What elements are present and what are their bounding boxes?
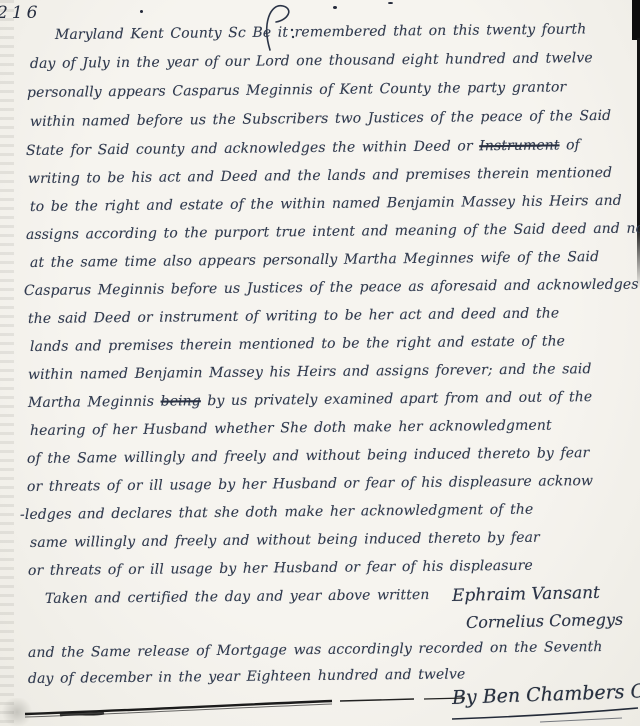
- manuscript-line: hearing of her Husband whether She doth …: [30, 418, 552, 439]
- manuscript-text: within named Benjamin Massey his Heirs a…: [28, 361, 592, 383]
- manuscript-text: Maryland Kent County Sc Be it remembered…: [55, 21, 586, 43]
- manuscript-line: personally appears Casparus Meginnis of …: [27, 79, 566, 101]
- manuscript-text: the said Deed or instrument of writing t…: [28, 305, 559, 327]
- manuscript-line: to be the right and estate of the within…: [30, 193, 622, 215]
- manuscript-line: and the Same release of Mortgage was acc…: [28, 639, 603, 661]
- manuscript-line: same willingly and freely and without be…: [30, 530, 540, 551]
- manuscript-text: at the same time also appears personally…: [30, 249, 599, 271]
- ink-speck: [388, 2, 393, 4]
- manuscript-line: day of July in the year of our Lord one …: [30, 50, 593, 72]
- manuscript-line: or threats of or ill usage by her Husban…: [27, 473, 593, 495]
- manuscript-line: within named before us the Subscribers t…: [30, 108, 611, 130]
- witness-signature-cornelius-comegys: Cornelius Comegys: [466, 610, 624, 632]
- manuscript-text: and the Same release of Mortgage was acc…: [28, 639, 603, 661]
- ink-speck: [140, 10, 143, 13]
- manuscript-text: assigns according to the purport true in…: [26, 220, 640, 243]
- manuscript-text: Martha Meginnis: [28, 394, 161, 411]
- ink-speck: [333, 6, 337, 9]
- witness-signature-ephraim-vansant: Ephraim Vansant: [452, 583, 600, 606]
- manuscript-line: writing to be his act and Deed and the l…: [28, 165, 612, 187]
- manuscript-line: Martha Meginnis being by us privately ex…: [28, 389, 592, 411]
- manuscript-text: or threats of or ill usage by her Husban…: [27, 473, 593, 495]
- manuscript-line: the said Deed or instrument of writing t…: [28, 305, 559, 327]
- manuscript-line: lands and premises therein mentioned to …: [30, 333, 565, 355]
- manuscript-text: Taken and certified the day and year abo…: [45, 587, 430, 607]
- manuscript-text: or threats of or ill usage by her Husban…: [28, 558, 533, 579]
- manuscript-line: or threats of or ill usage by her Husban…: [28, 558, 533, 579]
- manuscript-text: personally appears Casparus Meginnis of …: [27, 79, 566, 101]
- manuscript-text: within named before us the Subscribers t…: [30, 108, 611, 130]
- document-page: 216 Maryland Kent County Sc Be it rememb…: [0, 0, 640, 726]
- scan-edge-artifact: [632, 0, 640, 40]
- manuscript-line: assigns according to the purport true in…: [26, 220, 640, 243]
- manuscript-text: -ledges and declares that she doth make …: [20, 502, 533, 523]
- struck-text: Instrument: [479, 137, 559, 154]
- manuscript-line: of the Same willingly and freely and wit…: [27, 445, 589, 467]
- manuscript-text: of the Same willingly and freely and wit…: [27, 445, 589, 467]
- manuscript-line: State for Said county and acknowledges t…: [26, 137, 580, 159]
- manuscript-text: day of July in the year of our Lord one …: [30, 50, 593, 72]
- manuscript-line: Taken and certified the day and year abo…: [45, 587, 430, 607]
- page-number: 216: [0, 3, 41, 23]
- manuscript-text: to be the right and estate of the within…: [30, 193, 622, 215]
- manuscript-line: -ledges and declares that she doth make …: [20, 502, 533, 523]
- manuscript-text: of: [559, 137, 580, 153]
- manuscript-text: State for Said county and acknowledges t…: [26, 138, 479, 159]
- manuscript-line: within named Benjamin Massey his Heirs a…: [28, 361, 592, 383]
- struck-text: being: [161, 393, 201, 409]
- manuscript-text: same willingly and freely and without be…: [30, 530, 540, 551]
- manuscript-line: day of december in the year Eighteen hun…: [28, 666, 466, 687]
- clerk-signature: By Ben Chambers Clk: [452, 680, 640, 709]
- manuscript-text: day of december in the year Eighteen hun…: [28, 666, 466, 687]
- manuscript-line: Maryland Kent County Sc Be it remembered…: [55, 21, 586, 43]
- manuscript-text: by us privately examined apart from and …: [201, 389, 593, 409]
- manuscript-text: writing to be his act and Deed and the l…: [28, 165, 612, 187]
- manuscript-text: lands and premises therein mentioned to …: [30, 333, 565, 355]
- manuscript-text: Casparus Meginnis before us Justices of …: [24, 277, 639, 299]
- paper-stain: [0, 698, 34, 726]
- left-edge-scan-speckle: [0, 0, 14, 726]
- manuscript-line: at the same time also appears personally…: [30, 249, 599, 271]
- manuscript-line: Casparus Meginnis before us Justices of …: [24, 277, 639, 299]
- manuscript-text: hearing of her Husband whether She doth …: [30, 418, 552, 439]
